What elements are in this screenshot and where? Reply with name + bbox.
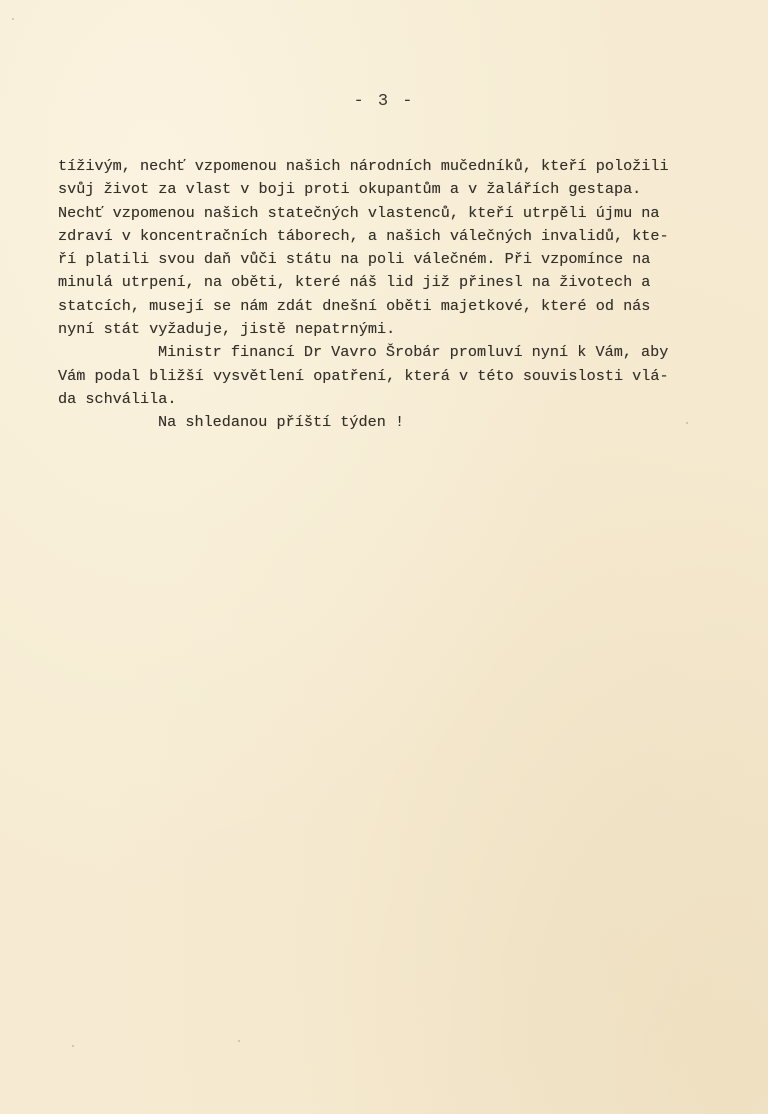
text-line: statcích, musejí se nám zdát dnešní obět…: [58, 295, 748, 318]
paper-speck: [72, 1045, 74, 1047]
text-line: nyní stát vyžaduje, jistě nepatrnými.: [58, 318, 748, 341]
text-line: svůj život za vlast v boji proti okupant…: [58, 178, 748, 201]
text-line-indented: Ministr financí Dr Vavro Šrobár promluví…: [58, 341, 748, 364]
text-line: tíživým, nechť vzpomenou našich národníc…: [58, 155, 748, 178]
text-line: Nechť vzpomenou našich statečných vlaste…: [58, 202, 748, 225]
paper-speck: [12, 18, 14, 20]
closing-line: Na shledanou příští týden !: [58, 411, 748, 434]
text-line: Vám podal bližší vysvětlení opatření, kt…: [58, 365, 748, 388]
text-line: ří platili svou daň vůči státu na poli v…: [58, 248, 748, 271]
typewritten-text: tíživým, nechť vzpomenou našich národníc…: [58, 155, 748, 435]
paper-speck: [238, 1040, 240, 1042]
text-line: minulá utrpení, na oběti, které náš lid …: [58, 271, 748, 294]
text-line: zdraví v koncentračních táborech, a naši…: [58, 225, 748, 248]
text-line: da schválila.: [58, 388, 748, 411]
page-number: - 3 -: [0, 92, 768, 111]
